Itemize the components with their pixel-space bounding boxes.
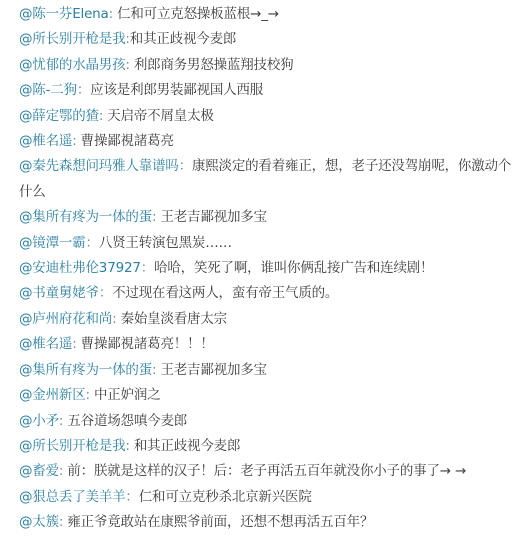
comment-item: @忧郁的水晶男孩: 利郎商务男怒操蓝翔技校狗	[0, 53, 524, 78]
username-link[interactable]: @所长别开枪是我	[19, 31, 125, 47]
username-link[interactable]: @集所有疼为一体的蛋	[19, 362, 152, 378]
username-link[interactable]: @太簇	[19, 514, 59, 530]
comment-item: @所长别开枪是我:和其正歧视今麦郎	[0, 27, 524, 52]
username-link[interactable]: @椎名遥	[19, 133, 72, 149]
username-link[interactable]: @陈-二狗	[19, 82, 77, 98]
comment-item: @镜潭一霸：八贤王转演包黑炭……	[0, 231, 524, 256]
comment-item: @所长别开枪是我: 和其正歧视今麦郎	[0, 434, 524, 459]
separator: ：	[77, 82, 90, 98]
username-link[interactable]: @所长别开枪是我	[19, 438, 125, 454]
comment-text: 前：朕就是这样的汉子！后：老子再活五百年就没你小子的事了→ →	[67, 463, 466, 479]
separator: :	[112, 311, 120, 327]
username-link[interactable]: @忧郁的水晶男孩	[19, 57, 125, 73]
separator: :	[72, 336, 80, 352]
comment-text: 仁和可立克秒杀北京新兴医院	[139, 489, 312, 505]
username-link[interactable]: @镜潭一霸	[19, 235, 86, 251]
comment-text: 和其正歧视今麦郎	[130, 31, 236, 47]
comment-text: 王老吉鄙视加多宝	[160, 209, 266, 225]
comment-text: 仁和可立克怒操板蓝根→_→	[117, 6, 279, 22]
comment-item: @狠总丢了美羊羊：仁和可立克秒杀北京新兴医院	[0, 485, 524, 510]
comment-item: @畜爱: 前：朕就是这样的汉子！后：老子再活五百年就没你小子的事了→ →	[0, 459, 524, 484]
comment-item: @秦先森想问玛雅人靠谱吗：康熙淡定的看着雍正，想，老子还没驾崩呢，你激动个什么	[0, 154, 524, 205]
comment-item: @集所有疼为一体的蛋: 王老吉鄙视加多宝	[0, 205, 524, 230]
username-link[interactable]: @安迪杜弗伦37927	[19, 260, 141, 276]
separator: ：	[179, 158, 192, 174]
comment-text: 应该是利郎男装鄙视国人西服	[90, 82, 263, 98]
comment-item: @书童舅姥爷：不过现在看这两人，蛮有帝王气质的。	[0, 281, 524, 306]
separator: ：	[125, 489, 138, 505]
comment-text: 天启帝不屑皇太极	[107, 108, 213, 124]
comment-item: @安迪杜弗伦37927：哈哈，笑死了啊，谁叫你俩乱接广告和连续剧！	[0, 256, 524, 281]
comment-text: 哈哈，笑死了啊，谁叫你俩乱接广告和连续剧！	[154, 260, 433, 276]
username-link[interactable]: @书童舅姥爷	[19, 285, 99, 301]
comment-text: 曹操鄙視諸葛亮	[81, 133, 174, 149]
comment-item: @椎名遥: 曹操鄙視諸葛亮！！！	[0, 332, 524, 357]
separator: :	[125, 438, 133, 454]
separator: ：	[86, 235, 99, 251]
username-link[interactable]: @庐州府花和尚	[19, 311, 112, 327]
username-link[interactable]: @陈一芬Elena	[19, 6, 109, 22]
username-link[interactable]: @薛定鄂的猹	[19, 108, 99, 124]
separator: :	[99, 108, 107, 124]
username-link[interactable]: @金州新区	[19, 387, 86, 403]
comment-item: @陈-二狗：应该是利郎男装鄙视国人西服	[0, 78, 524, 103]
username-link[interactable]: @狠总丢了美羊羊	[19, 489, 125, 505]
separator: ：	[99, 285, 112, 301]
separator: :	[86, 387, 94, 403]
comment-item: @椎名遥: 曹操鄙視諸葛亮	[0, 129, 524, 154]
comment-item: @金州新区: 中正妒润之	[0, 383, 524, 408]
comment-text: 利郎商务男怒操蓝翔技校狗	[134, 57, 294, 73]
separator: :	[109, 6, 117, 22]
comment-item: @陈一芬Elena: 仁和可立克怒操板蓝根→_→	[0, 2, 524, 27]
comment-text: 八贤王转演包黑炭……	[99, 235, 232, 251]
separator: :	[72, 133, 80, 149]
username-link[interactable]: @集所有疼为一体的蛋	[19, 209, 152, 225]
comment-text: 王老吉鄙视加多宝	[160, 362, 266, 378]
username-link[interactable]: @秦先森想问玛雅人靠谱吗	[19, 158, 179, 174]
comment-item: @薛定鄂的猹: 天启帝不屑皇太极	[0, 104, 524, 129]
comment-item: @小矛: 五谷道场怨嗔今麦郎	[0, 409, 524, 434]
username-link[interactable]: @椎名遥	[19, 336, 72, 352]
comment-list: @陈一芬Elena: 仁和可立克怒操板蓝根→_→ @所长别开枪是我:和其正歧视今…	[0, 0, 524, 536]
comment-text: 不过现在看这两人，蛮有帝王气质的。	[112, 285, 338, 301]
separator: :	[125, 57, 133, 73]
username-link[interactable]: @畜爱	[19, 463, 59, 479]
username-link[interactable]: @小矛	[19, 413, 59, 429]
comment-item: @庐州府花和尚: 秦始皇淡看唐太宗	[0, 307, 524, 332]
comment-text: 和其正歧视今麦郎	[134, 438, 240, 454]
comment-text: 雍正爷竟敢站在康熙爷前面，还想不想再活五百年？	[67, 514, 373, 530]
comment-text: 中正妒润之	[94, 387, 161, 403]
comment-item: @太簇: 雍正爷竟敢站在康熙爷前面，还想不想再活五百年？	[0, 510, 524, 535]
comment-text: 五谷道场怨嗔今麦郎	[67, 413, 187, 429]
comment-text: 曹操鄙視諸葛亮！！！	[81, 336, 214, 352]
separator: ：	[141, 260, 154, 276]
comment-item: @集所有疼为一体的蛋: 王老吉鄙视加多宝	[0, 358, 524, 383]
comment-text: 秦始皇淡看唐太宗	[121, 311, 227, 327]
